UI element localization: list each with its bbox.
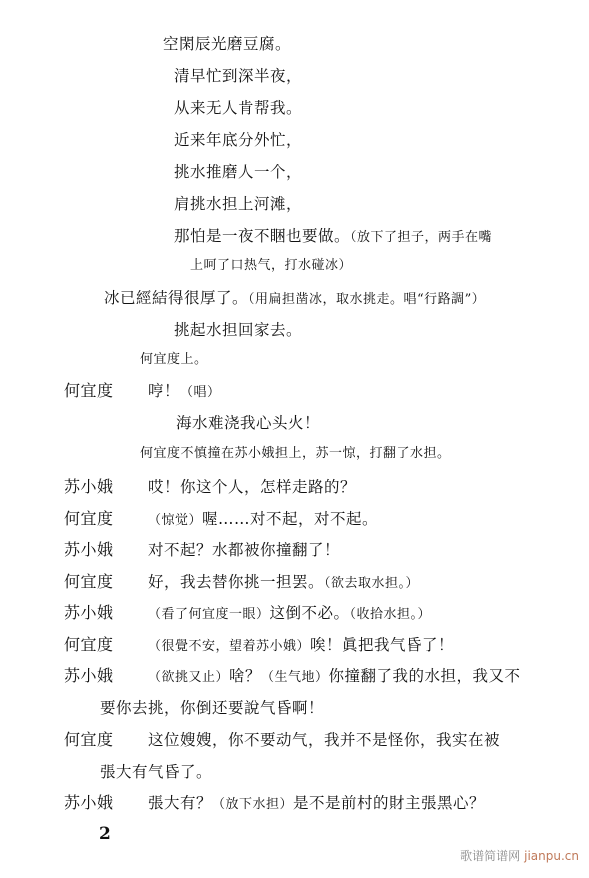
dialogue-text: 要你去挑，你倒还要說气昏啊！ <box>100 699 324 717</box>
dialogue-line: 苏小娥（看了何宜度一眼）这倒不必。（收拾水担。） <box>64 603 431 625</box>
dialogue-text: 張大有气昏了。 <box>100 763 212 781</box>
stage-direction-line: 何宜度上。 <box>140 350 208 370</box>
stage-direction: 何宜度不慎撞在苏小娥担上，苏一惊，打翻了水担。 <box>140 446 451 461</box>
speaker-name: 何宜度 <box>64 572 148 592</box>
lyric-text: 从来无人肯帮我。 <box>174 99 302 117</box>
watermark-url: jianpu.cn <box>524 849 579 863</box>
lyric-text: 清早忙到深半夜， <box>174 67 302 85</box>
dialogue-line: 何宜度这位嫂嫂，你不要动气，我并不是怪你，我实在被 <box>64 730 500 750</box>
lyric-line: 肩挑水担上河滩， <box>174 194 302 214</box>
dialogue-text: 你撞翻了我的水担，我又不 <box>329 667 521 685</box>
lyric-text: 那怕是一夜不睏也要做。 <box>174 227 350 245</box>
dialogue-text: 是不是前村的財主張黑心？ <box>293 794 485 812</box>
dialogue-line: 何宜度（很覺不安，望着苏小娥）唉！眞把我气昏了！ <box>64 635 454 657</box>
dialogue-line: 何宜度（惊觉）喔……对不起，对不起。 <box>64 509 378 531</box>
dialogue-text: 这位嫂嫂，你不要动气，我并不是怪你，我实在被 <box>148 731 500 749</box>
stage-direction: （用扁担凿冰，取水挑走。唱“行路調”） <box>248 292 485 307</box>
stage-direction: （收拾水担。） <box>350 607 432 622</box>
lyric-line: 空閑辰光磨豆腐。 <box>163 34 291 54</box>
dialogue-text: 唉！眞把我气昏了！ <box>310 636 454 654</box>
lyric-line: 近来年底分外忙， <box>174 130 302 150</box>
dialogue-line: 苏小娥哎！你这个人，怎样走路的？ <box>64 477 356 497</box>
stage-direction: （放下了担子，两手在嘴 <box>350 230 492 245</box>
lyric-text: 冰已經結得很厚了。 <box>104 289 248 307</box>
lyric-line: 海水难浇我心头火！ <box>176 413 320 433</box>
stage-direction: （唱） <box>180 385 221 400</box>
dialogue-text: 哎！你这个人，怎样走路的？ <box>148 478 356 496</box>
dialogue-text: 啥？ <box>229 667 261 685</box>
speaker-name: 何宜度 <box>64 381 148 401</box>
lyric-text: 近来年底分外忙， <box>174 131 302 149</box>
lyric-text: 挑水推磨人一个， <box>174 163 302 181</box>
dialogue-line: 苏小娥（欲挑又止）啥？（生气地）你撞翻了我的水担，我又不 <box>64 666 521 688</box>
lyric-text: 挑起水担回家去。 <box>174 321 302 339</box>
speaker-name: 苏小娥 <box>64 666 148 686</box>
page-number: 2 <box>99 824 111 844</box>
dialogue-continuation: 要你去挑，你倒还要說气昏啊！ <box>100 698 324 718</box>
dialogue-continuation: 張大有气昏了。 <box>100 762 212 782</box>
dialogue-line: 何宜度好，我去替你挑一担罢。（欲去取水担。） <box>64 572 419 594</box>
dialogue-text: 張大有？ <box>148 794 212 812</box>
stage-direction-line: 上呵了口热气，打水碰冰） <box>190 256 352 276</box>
dialogue-line: 何宜度哼！（唱） <box>64 381 221 403</box>
lyric-text: 空閑辰光磨豆腐。 <box>163 35 291 53</box>
lyric-line: 那怕是一夜不睏也要做。（放下了担子，两手在嘴 <box>174 226 492 248</box>
stage-direction: （欲挑又止） <box>148 670 229 685</box>
speaker-name: 何宜度 <box>64 730 148 750</box>
lyric-text: 肩挑水担上河滩， <box>174 195 302 213</box>
speaker-name: 苏小娥 <box>64 603 148 623</box>
lyric-line: 冰已經結得很厚了。（用扁担凿冰，取水挑走。唱“行路調”） <box>104 288 485 310</box>
watermark-text: 歌谱简谱网 <box>460 849 520 863</box>
dialogue-line: 苏小娥对不起？水都被你撞翻了！ <box>64 540 340 560</box>
stage-direction: 何宜度上。 <box>140 352 208 367</box>
stage-direction: （很覺不安，望着苏小娥） <box>148 639 310 654</box>
dialogue-text: 这倒不必。 <box>270 604 350 622</box>
speaker-name: 何宜度 <box>64 509 148 529</box>
stage-direction: 上呵了口热气，打水碰冰） <box>190 258 352 273</box>
lyric-line: 清早忙到深半夜， <box>174 66 302 86</box>
stage-direction: （放下水担） <box>212 797 293 812</box>
lyric-line: 挑起水担回家去。 <box>174 320 302 340</box>
dialogue-line: 苏小娥張大有？（放下水担）是不是前村的財主張黑心？ <box>64 793 485 815</box>
stage-direction-line: 何宜度不慎撞在苏小娥担上，苏一惊，打翻了水担。 <box>140 444 451 464</box>
lyric-line: 挑水推磨人一个， <box>174 162 302 182</box>
speaker-name: 苏小娥 <box>64 793 148 813</box>
stage-direction: （看了何宜度一眼） <box>148 607 270 622</box>
dialogue-text: 好，我去替你挑一担罢。 <box>148 573 324 591</box>
stage-direction: （欲去取水担。） <box>324 576 419 591</box>
speaker-name: 何宜度 <box>64 635 148 655</box>
watermark: 歌谱简谱网jianpu.cn <box>460 847 579 864</box>
speaker-name: 苏小娥 <box>64 540 148 560</box>
dialogue-text: 哼！ <box>148 382 180 400</box>
lyric-text: 海水难浇我心头火！ <box>176 414 320 432</box>
dialogue-text: 喔……对不起，对不起。 <box>202 510 378 528</box>
stage-direction: （生气地） <box>261 670 329 685</box>
speaker-name: 苏小娥 <box>64 477 148 497</box>
dialogue-text: 对不起？水都被你撞翻了！ <box>148 541 340 559</box>
stage-direction: （惊觉） <box>148 513 202 528</box>
lyric-line: 从来无人肯帮我。 <box>174 98 302 118</box>
